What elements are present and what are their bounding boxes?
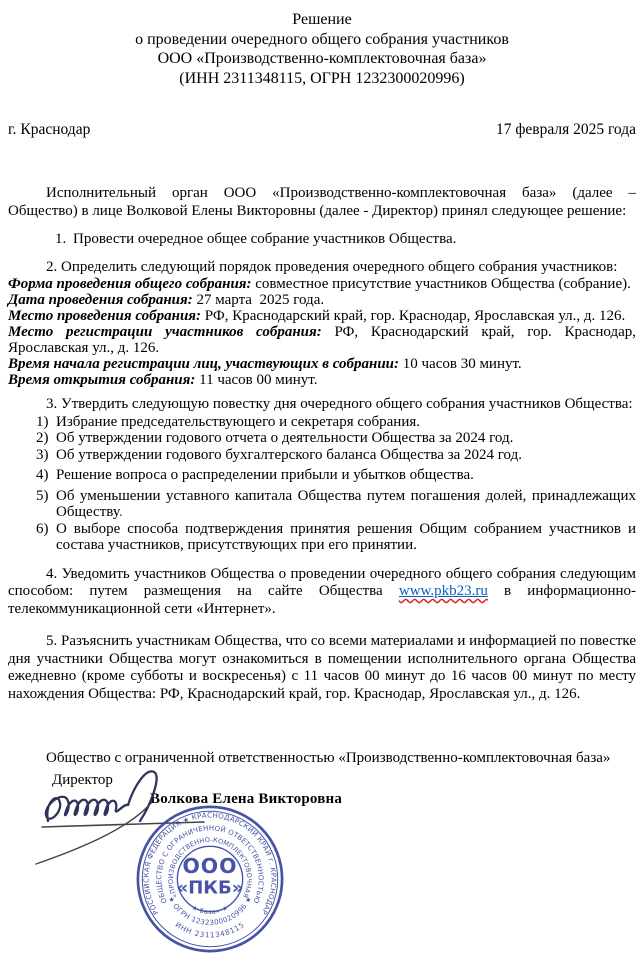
agenda-item-3: 3) Об утверждении годового бухгалтерског… — [8, 447, 636, 464]
agenda-list: 1) Избрание председательствующего и секр… — [8, 414, 636, 554]
detail-registration-time: Время начала регистрации лиц, участвующи… — [8, 356, 636, 372]
detail-form: Форма проведения общего собрания: совмес… — [8, 276, 636, 292]
detail-place: Место проведения собрания: РФ, Краснодар… — [8, 308, 636, 324]
resolution-item-2-heading: 2. Определить следующий порядок проведен… — [8, 259, 636, 277]
resolution-item-1: 1.Провести очередное общее собрание учас… — [8, 231, 636, 249]
city-date-row: г. Краснодар 17 февраля 2025 года — [8, 121, 636, 139]
svg-text:★ база» ★: ★ база» ★ — [190, 903, 229, 916]
svg-text:«ПКБ»: «ПКБ» — [177, 878, 244, 899]
title-line-1: Решение — [8, 10, 636, 30]
agenda-item-4: 4) Решение вопроса о распределении прибы… — [8, 467, 636, 484]
resolution-item-3-heading: 3. Утвердить следующую повестку дня очер… — [8, 396, 636, 414]
intro-paragraph: Исполнительный орган ООО «Производственн… — [8, 185, 636, 220]
item-1-number: 1. — [55, 231, 73, 249]
detail-date: Дата проведения собрания: 27 марта 2025 … — [8, 292, 636, 308]
red-period: . — [119, 504, 123, 520]
detail-opening-time: Время открытия собрания: 11 часов 00 мин… — [8, 372, 636, 388]
item-1-text: Провести очередное общее собрание участн… — [73, 231, 456, 247]
company-stamp-icon: РОССИЙСКАЯ ФЕДЕРАЦИЯ ★ КРАСНОДАРСКИЙ КРА… — [132, 803, 288, 955]
svg-text:ООО: ООО — [182, 854, 237, 878]
title-line-4: (ИНН 2311348115, ОГРН 1232300020996) — [8, 69, 636, 89]
signature-block: Директор Волкова Елена Викторовна — [8, 745, 636, 963]
document-city: г. Краснодар — [8, 121, 90, 139]
title-line-3: ООО «Производственно-комплектовочная баз… — [8, 49, 636, 69]
meeting-details: Форма проведения общего собрания: совмес… — [8, 276, 636, 388]
agenda-item-6: 6) О выборе способа подтверждения принят… — [8, 521, 636, 554]
agenda-item-2: 2) Об утверждении годового отчета о деят… — [8, 430, 636, 447]
document-page: Решение о проведении очередного общего с… — [0, 0, 644, 963]
title-line-2: о проведении очередного общего собрания … — [8, 30, 636, 50]
document-date: 17 февраля 2025 года — [496, 121, 636, 139]
agenda-item-5: 5) Об уменьшении уставного капитала Обще… — [8, 488, 636, 521]
document-title: Решение о проведении очередного общего с… — [8, 10, 636, 88]
agenda-item-1: 1) Избрание председательствующего и секр… — [8, 414, 636, 431]
resolution-item-4: 4. Уведомить участников Общества о прове… — [8, 566, 636, 619]
website-link[interactable]: www.pkb23.ru — [399, 583, 488, 599]
resolution-item-5: 5. Разъяснить участникам Общества, что с… — [8, 633, 636, 703]
detail-registration-place: Место регистрации участников собрания: Р… — [8, 324, 636, 356]
